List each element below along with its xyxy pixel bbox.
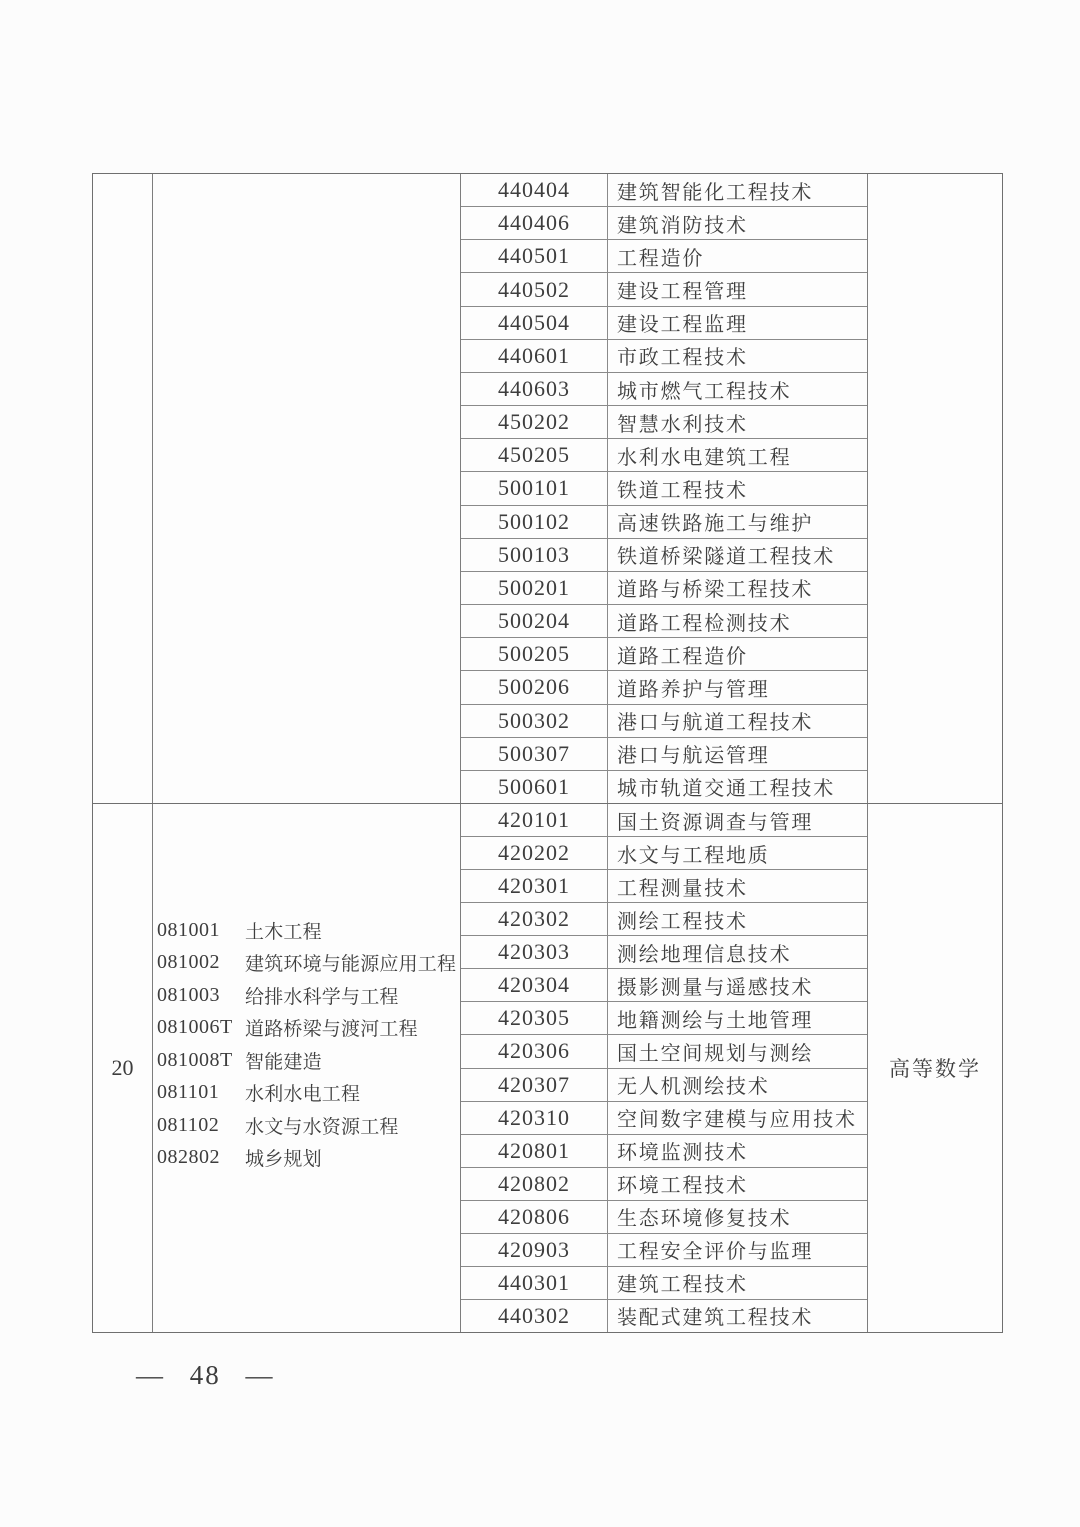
specialty-name: 高速铁路施工与维护 — [608, 506, 867, 538]
specialty-code: 500204 — [461, 605, 608, 637]
specialty-row: 450202智慧水利技术 — [461, 406, 867, 439]
specialty-row: 440601市政工程技术 — [461, 340, 867, 373]
exam-subject-cell: 高等数学 — [868, 804, 1002, 1332]
major-line: 081002建筑环境与能源应用工程 — [157, 947, 460, 980]
major-name: 建筑环境与能源应用工程 — [245, 949, 456, 976]
document-page: 440404建筑智能化工程技术440406建筑消防技术440501工程造价440… — [0, 0, 1080, 1527]
specialty-name: 智慧水利技术 — [608, 406, 867, 438]
majors-specialties-table: 440404建筑智能化工程技术440406建筑消防技术440501工程造价440… — [92, 173, 1003, 1333]
specialty-code: 500307 — [461, 738, 608, 770]
specialty-row: 500302港口与航道工程技术 — [461, 705, 867, 738]
specialty-row: 440501工程造价 — [461, 240, 867, 273]
specialty-code: 420306 — [461, 1035, 608, 1067]
major-name: 水文与水资源工程 — [245, 1112, 399, 1139]
specialty-row: 500601城市轨道交通工程技术 — [461, 771, 867, 803]
row-number-cell: 20 — [93, 804, 153, 1332]
specialty-row: 420307无人机测绘技术 — [461, 1069, 867, 1102]
majors-list: 081001土木工程081002建筑环境与能源应用工程081003给排水科学与工… — [157, 914, 460, 1174]
specialty-name: 空间数字建模与应用技术 — [608, 1102, 867, 1134]
specialty-name: 摄影测量与遥感技术 — [608, 969, 867, 1001]
specialty-name: 工程安全评价与监理 — [608, 1234, 867, 1266]
major-code: 081002 — [157, 951, 245, 974]
specialty-code: 420202 — [461, 837, 608, 869]
specialty-name: 道路工程检测技术 — [608, 605, 867, 637]
specialty-name: 水利水电建筑工程 — [608, 439, 867, 471]
table-section-continuation: 440404建筑智能化工程技术440406建筑消防技术440501工程造价440… — [93, 174, 1002, 804]
major-name: 智能建造 — [245, 1047, 322, 1074]
specialty-row: 440603城市燃气工程技术 — [461, 373, 867, 406]
specialty-row: 440404建筑智能化工程技术 — [461, 174, 867, 207]
specialty-name: 港口与航道工程技术 — [608, 705, 867, 737]
specialty-code: 420305 — [461, 1002, 608, 1034]
specialty-row: 420903工程安全评价与监理 — [461, 1234, 867, 1267]
major-code: 081001 — [157, 919, 245, 942]
specialty-code: 500205 — [461, 638, 608, 670]
undergrad-majors-cell — [153, 174, 461, 803]
specialty-code: 440601 — [461, 340, 608, 372]
specialty-row: 450205水利水电建筑工程 — [461, 439, 867, 472]
specialty-name: 工程造价 — [608, 240, 867, 272]
major-line: 081006T道路桥梁与渡河工程 — [157, 1012, 460, 1045]
specialty-row: 500307港口与航运管理 — [461, 738, 867, 771]
specialty-name: 水文与工程地质 — [608, 837, 867, 869]
major-name: 给排水科学与工程 — [245, 982, 399, 1009]
specialty-name: 建设工程管理 — [608, 273, 867, 305]
specialty-rows: 420101国土资源调查与管理420202水文与工程地质420301工程测量技术… — [461, 804, 868, 1332]
specialty-name: 道路养护与管理 — [608, 671, 867, 703]
exam-subject-cell — [868, 174, 1002, 803]
major-line: 081001土木工程 — [157, 914, 460, 947]
major-code: 081006T — [157, 1016, 245, 1039]
specialty-row: 420303测绘地理信息技术 — [461, 936, 867, 969]
specialty-row: 500204道路工程检测技术 — [461, 605, 867, 638]
specialty-row: 440302装配式建筑工程技术 — [461, 1300, 867, 1332]
specialty-row: 420310空间数字建模与应用技术 — [461, 1102, 867, 1135]
specialty-row: 420101国土资源调查与管理 — [461, 804, 867, 837]
specialty-code: 420802 — [461, 1168, 608, 1200]
major-code: 081003 — [157, 984, 245, 1007]
specialty-code: 440301 — [461, 1267, 608, 1299]
page-number: — 48 — — [136, 1360, 275, 1391]
specialty-name: 国土资源调查与管理 — [608, 804, 867, 836]
major-line: 082802城乡规划 — [157, 1142, 460, 1175]
specialty-code: 440603 — [461, 373, 608, 405]
specialty-row: 500102高速铁路施工与维护 — [461, 506, 867, 539]
specialty-name: 城市燃气工程技术 — [608, 373, 867, 405]
specialty-code: 420903 — [461, 1234, 608, 1266]
specialty-name: 市政工程技术 — [608, 340, 867, 372]
specialty-row: 420801环境监测技术 — [461, 1135, 867, 1168]
specialty-code: 420310 — [461, 1102, 608, 1134]
specialty-row: 420802环境工程技术 — [461, 1168, 867, 1201]
specialty-code: 420304 — [461, 969, 608, 1001]
specialty-row: 500201道路与桥梁工程技术 — [461, 572, 867, 605]
major-name: 水利水电工程 — [245, 1079, 360, 1106]
specialty-name: 道路工程造价 — [608, 638, 867, 670]
row-number-cell — [93, 174, 153, 803]
specialty-name: 城市轨道交通工程技术 — [608, 771, 867, 803]
specialty-code: 500206 — [461, 671, 608, 703]
specialty-code: 420303 — [461, 936, 608, 968]
specialty-name: 建筑智能化工程技术 — [608, 174, 867, 206]
major-name: 道路桥梁与渡河工程 — [245, 1014, 418, 1041]
specialty-code: 420101 — [461, 804, 608, 836]
specialty-row: 420304摄影测量与遥感技术 — [461, 969, 867, 1002]
specialty-rows: 440404建筑智能化工程技术440406建筑消防技术440501工程造价440… — [461, 174, 868, 803]
major-line: 081101水利水电工程 — [157, 1077, 460, 1110]
major-name: 土木工程 — [245, 917, 322, 944]
table-section-row-20: 20 081001土木工程081002建筑环境与能源应用工程081003给排水科… — [93, 804, 1002, 1332]
specialty-code: 500302 — [461, 705, 608, 737]
specialty-name: 装配式建筑工程技术 — [608, 1300, 867, 1332]
specialty-name: 铁道桥梁隧道工程技术 — [608, 539, 867, 571]
specialty-row: 420202水文与工程地质 — [461, 837, 867, 870]
specialty-name: 建筑消防技术 — [608, 207, 867, 239]
specialty-row: 500205道路工程造价 — [461, 638, 867, 671]
specialty-code: 450205 — [461, 439, 608, 471]
specialty-row: 500103铁道桥梁隧道工程技术 — [461, 539, 867, 572]
specialty-name: 铁道工程技术 — [608, 472, 867, 504]
specialty-row: 440502建设工程管理 — [461, 273, 867, 306]
specialty-code: 420801 — [461, 1135, 608, 1167]
specialty-row: 500206道路养护与管理 — [461, 671, 867, 704]
specialty-name: 环境监测技术 — [608, 1135, 867, 1167]
specialty-row: 420806生态环境修复技术 — [461, 1201, 867, 1234]
specialty-code: 440406 — [461, 207, 608, 239]
specialty-row: 420306国土空间规划与测绘 — [461, 1035, 867, 1068]
major-line: 081102水文与水资源工程 — [157, 1109, 460, 1142]
major-line: 081003给排水科学与工程 — [157, 979, 460, 1012]
major-code: 081102 — [157, 1114, 245, 1137]
major-code: 081008T — [157, 1049, 245, 1072]
specialty-name: 国土空间规划与测绘 — [608, 1035, 867, 1067]
specialty-row: 420305地籍测绘与土地管理 — [461, 1002, 867, 1035]
specialty-name: 建筑工程技术 — [608, 1267, 867, 1299]
specialty-row: 440504建设工程监理 — [461, 307, 867, 340]
specialty-name: 建设工程监理 — [608, 307, 867, 339]
specialty-code: 440501 — [461, 240, 608, 272]
specialty-row: 500101铁道工程技术 — [461, 472, 867, 505]
specialty-code: 440302 — [461, 1300, 608, 1332]
specialty-code: 450202 — [461, 406, 608, 438]
major-code: 082802 — [157, 1146, 245, 1169]
specialty-name: 港口与航运管理 — [608, 738, 867, 770]
specialty-code: 500102 — [461, 506, 608, 538]
undergrad-majors-cell: 081001土木工程081002建筑环境与能源应用工程081003给排水科学与工… — [153, 804, 461, 1332]
specialty-code: 500101 — [461, 472, 608, 504]
specialty-code: 440502 — [461, 273, 608, 305]
major-code: 081101 — [157, 1081, 245, 1104]
specialty-name: 生态环境修复技术 — [608, 1201, 867, 1233]
specialty-name: 环境工程技术 — [608, 1168, 867, 1200]
specialty-row: 420302测绘工程技术 — [461, 903, 867, 936]
specialty-name: 工程测量技术 — [608, 870, 867, 902]
specialty-code: 500103 — [461, 539, 608, 571]
specialty-row: 420301工程测量技术 — [461, 870, 867, 903]
specialty-row: 440301建筑工程技术 — [461, 1267, 867, 1300]
specialty-name: 测绘地理信息技术 — [608, 936, 867, 968]
specialty-code: 420307 — [461, 1069, 608, 1101]
major-name: 城乡规划 — [245, 1144, 322, 1171]
specialty-name: 道路与桥梁工程技术 — [608, 572, 867, 604]
specialty-name: 测绘工程技术 — [608, 903, 867, 935]
specialty-name: 无人机测绘技术 — [608, 1069, 867, 1101]
specialty-code: 440504 — [461, 307, 608, 339]
specialty-code: 420806 — [461, 1201, 608, 1233]
specialty-code: 440404 — [461, 174, 608, 206]
specialty-code: 500601 — [461, 771, 608, 803]
specialty-name: 地籍测绘与土地管理 — [608, 1002, 867, 1034]
specialty-code: 500201 — [461, 572, 608, 604]
specialty-code: 420301 — [461, 870, 608, 902]
major-line: 081008T智能建造 — [157, 1044, 460, 1077]
specialty-row: 440406建筑消防技术 — [461, 207, 867, 240]
specialty-code: 420302 — [461, 903, 608, 935]
